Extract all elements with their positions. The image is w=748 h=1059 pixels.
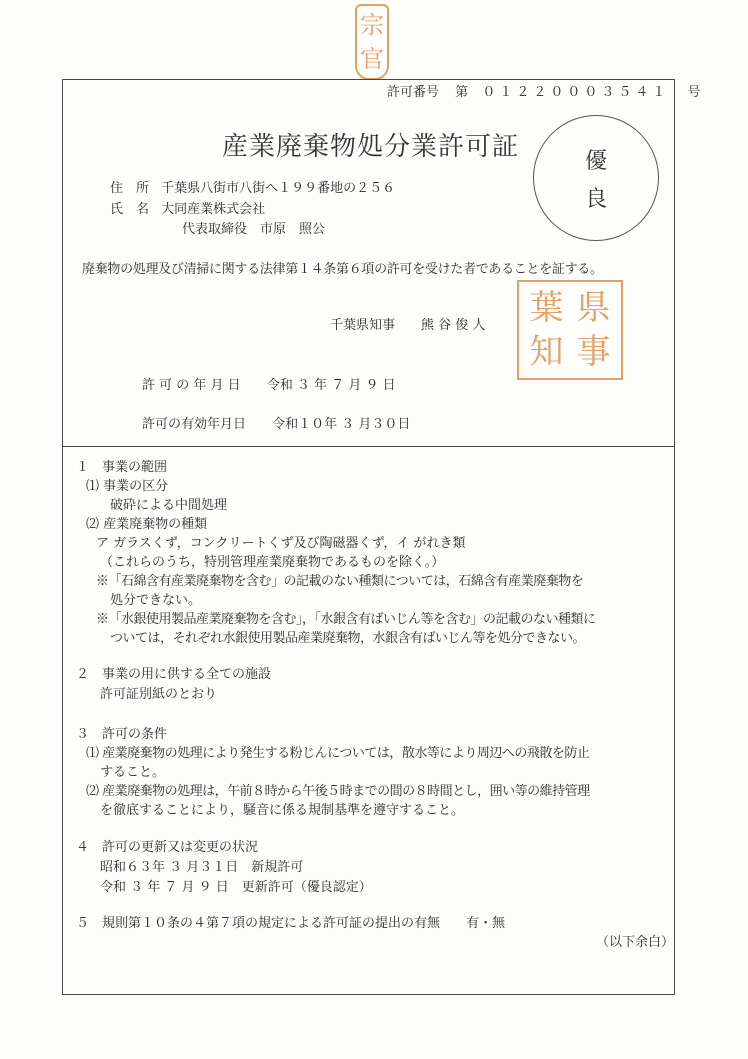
certification-text: 廃棄物の処理及び清掃に関する法律第１４条第６項の許可を受けた者であることを証する… xyxy=(82,262,603,278)
section-1-sub2-heading: ⑵ 産業廃棄物の種類 xyxy=(86,517,207,533)
seal-char: 宗 xyxy=(359,8,385,42)
section-5-heading: ５ 規則第１０条の４第７項の規定による許可証の提出の有無 xyxy=(76,916,440,931)
seal-char: 官 xyxy=(359,42,385,76)
name-row: 氏 名 大同産業株式会社 xyxy=(110,202,265,218)
top-seal-stamp: 宗 官 xyxy=(355,4,389,80)
permit-number-row: 許可番号 第 ０１２２０００３５４１ 号 xyxy=(387,85,700,101)
governor-seal-stamp: 葉 県 知 事 xyxy=(517,280,623,380)
section-4-heading: ４ 許可の更新又は変更の状況 xyxy=(76,840,258,856)
seal-char: 知 xyxy=(523,330,570,374)
section-5-row: ５ 規則第１０条の４第７項の規定による許可証の提出の有無 有・無 xyxy=(76,916,505,932)
condition-2-line1: ⑵ 産業廃棄物の処理は，午前８時から午後５時までの間の８時間とし，囲い等の維持管… xyxy=(86,784,590,800)
section-2-heading: ２ 事業の用に供する全ての施設 xyxy=(76,667,271,683)
permit-date-row: 許 可 の 年 月 日 令和 ３ 年 ７ 月 ９ 日 xyxy=(142,378,396,394)
representative: 代表取締役 市原 照公 xyxy=(182,222,325,238)
waste-types: ア ガラスくず，コンクリートくず及び陶磁器くず，イ がれき類 xyxy=(96,536,466,552)
excellence-badge: 優 良 xyxy=(533,115,659,241)
section-1-heading: １ 事業の範囲 xyxy=(76,460,167,476)
permit-number-prefix: 第 xyxy=(455,85,468,100)
submission-status: 有・無 xyxy=(466,916,505,931)
condition-2-line2: を徹底することにより，騒音に係る規制基準を遵守すること。 xyxy=(100,803,464,819)
badge-char-1: 優 xyxy=(534,144,658,175)
permit-date: 令和 ３ 年 ７ 月 ９ 日 xyxy=(267,378,396,393)
badge-char-2: 良 xyxy=(534,182,658,213)
condition-1-line1: ⑴ 産業廃棄物の処理により発生する粉じんについては，散水等により周辺への飛散を防… xyxy=(86,746,589,762)
seal-char: 県 xyxy=(570,286,617,330)
section-divider xyxy=(62,446,675,447)
issuer: 千葉県知事 熊 谷 俊 人 xyxy=(330,318,485,334)
history-entry-1: 昭和６３年 ３ 月３１日 新規許可 xyxy=(100,860,303,876)
company-name: 大同産業株式会社 xyxy=(161,202,265,217)
asbestos-note-line2: 処分できない。 xyxy=(110,593,201,609)
permit-date-label: 許 可 の 年 月 日 xyxy=(142,378,241,393)
section-3-heading: ３ 許可の条件 xyxy=(76,727,167,743)
seal-char: 事 xyxy=(570,330,617,374)
name-label: 氏 名 xyxy=(110,202,149,217)
mercury-note-line2: ついては，それぞれ水銀使用製品産業廃棄物，水銀含有ばいじん等を処分できない。 xyxy=(110,631,585,647)
waste-exclusion: （これらのうち，特別管理産業廃棄物であるものを除く。） xyxy=(100,555,444,571)
address-value: 千葉県八街市八街へ１９９番地の２５６ xyxy=(161,181,395,196)
permit-number-suffix: 号 xyxy=(687,85,700,100)
section-1-sub1-heading: ⑴ 事業の区分 xyxy=(86,479,168,495)
section-1-sub1-body: 破砕による中間処理 xyxy=(110,498,227,514)
address-row: 住 所 千葉県八街市八街へ１９９番地の２５６ xyxy=(110,181,395,197)
page-title: 産業廃棄物処分業許可証 xyxy=(222,126,519,163)
expiry-date: 令和１０年 ３ 月３０日 xyxy=(272,417,410,432)
address-label: 住 所 xyxy=(110,181,149,196)
expiry-label: 許可の有効年月日 xyxy=(142,417,246,432)
section-2-body: 許可証別紙のとおり xyxy=(100,687,217,703)
history-entry-2: 令和 ３ 年 ７ 月 ９ 日 更新許可（優良認定） xyxy=(100,880,372,896)
expiry-date-row: 許可の有効年月日 令和１０年 ３ 月３０日 xyxy=(142,417,410,433)
asbestos-note-line1: ※「石綿含有産業廃棄物を含む」の記載のない種類については，石綿含有産業廃棄物を xyxy=(96,574,583,590)
permit-number: ０１２２０００３５４１ xyxy=(482,85,669,100)
end-note: （以下余白） xyxy=(596,935,674,951)
condition-1-line2: すること。 xyxy=(100,765,165,781)
seal-char: 葉 xyxy=(523,286,570,330)
permit-number-label: 許可番号 xyxy=(387,85,439,100)
mercury-note-line1: ※「水銀使用製品産業廃棄物を含む」，「水銀含有ばいじん等を含む」の記載のない種類… xyxy=(96,612,596,628)
